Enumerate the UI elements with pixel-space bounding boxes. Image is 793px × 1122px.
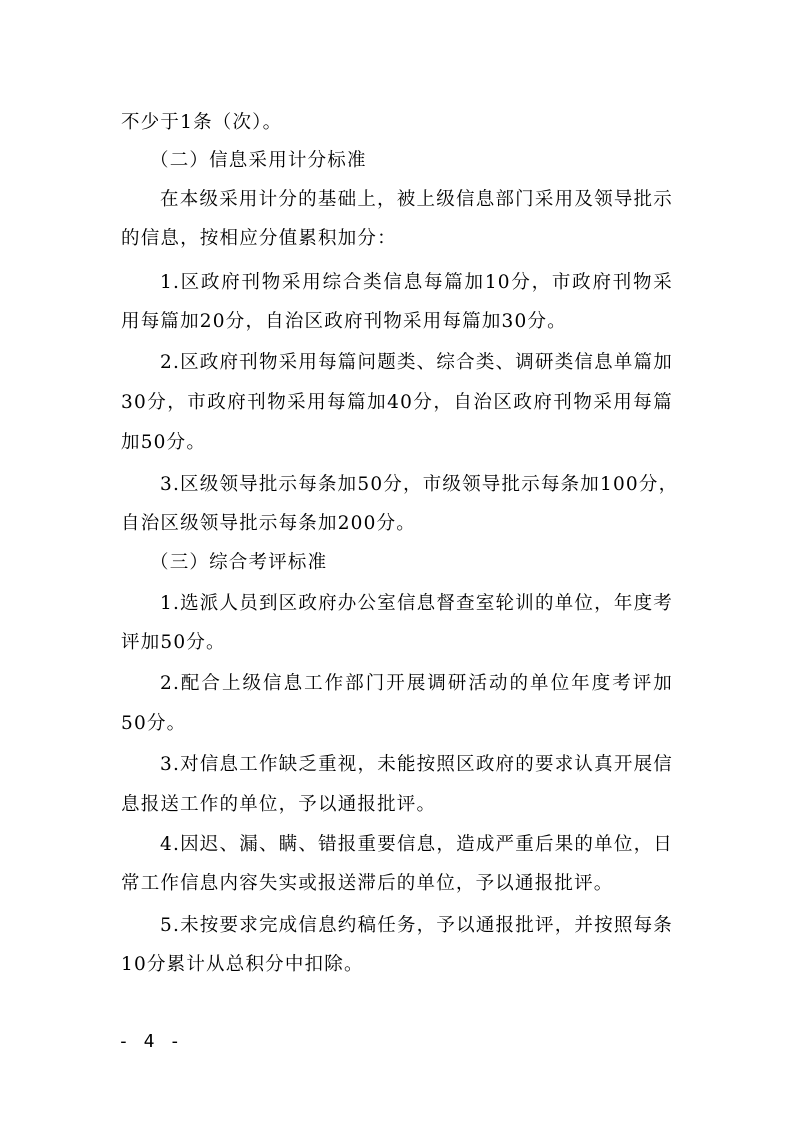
page-number: - 4 - bbox=[118, 1030, 182, 1054]
document-page: 不少于1条（次）。 （二）信息采用计分标准 在本级采用计分的基础上，被上级信息部… bbox=[0, 0, 793, 1122]
item-3-1-line-2: 评加50分。 bbox=[121, 631, 673, 655]
paragraph-intro-line-2: 的信息，按相应分值累积加分： bbox=[121, 227, 673, 251]
item-2-1-line-2: 用每篇加20分，自治区政府刊物采用每篇加30分。 bbox=[121, 310, 673, 334]
item-3-2-line-2: 50分。 bbox=[121, 712, 673, 736]
item-3-1-line-1: 1.选派人员到区政府办公室信息督查室轮训的单位，年度考 bbox=[160, 592, 673, 616]
section-heading-2: （二）信息采用计分标准 bbox=[150, 149, 367, 173]
item-2-1-line-1: 1.区政府刊物采用综合类信息每篇加10分，市政府刊物采 bbox=[160, 271, 673, 295]
item-3-4-line-1: 4.因迟、漏、瞒、错报重要信息，造成严重后果的单位，日 bbox=[160, 833, 673, 857]
paragraph-intro-line-1: 在本级采用计分的基础上，被上级信息部门采用及领导批示 bbox=[160, 188, 673, 212]
item-3-4-line-2: 常工作信息内容失实或报送滞后的单位，予以通报批评。 bbox=[121, 872, 673, 896]
item-3-3-line-1: 3.对信息工作缺乏重视，未能按照区政府的要求认真开展信 bbox=[160, 753, 673, 777]
item-2-2-line-3: 加50分。 bbox=[121, 431, 673, 455]
item-2-3-line-1: 3.区级领导批示每条加50分，市级领导批示每条加100分， bbox=[160, 473, 673, 497]
item-2-3-line-2: 自治区级领导批示每条加200分。 bbox=[121, 512, 673, 536]
item-2-2-line-1: 2.区政府刊物采用每篇问题类、综合类、调研类信息单篇加 bbox=[160, 351, 673, 375]
section-heading-3: （三）综合考评标准 bbox=[150, 551, 327, 575]
item-2-2-line-2: 30分，市政府刊物采用每篇加40分，自治区政府刊物采用每篇 bbox=[121, 391, 673, 415]
text-line-continuation: 不少于1条（次）。 bbox=[121, 111, 673, 135]
item-3-5-line-2: 10分累计从总积分中扣除。 bbox=[121, 953, 673, 977]
item-3-5-line-1: 5.未按要求完成信息约稿任务，予以通报批评，并按照每条 bbox=[160, 914, 673, 938]
item-3-3-line-2: 息报送工作的单位，予以通报批评。 bbox=[121, 793, 673, 817]
item-3-2-line-1: 2.配合上级信息工作部门开展调研活动的单位年度考评加 bbox=[160, 672, 673, 696]
